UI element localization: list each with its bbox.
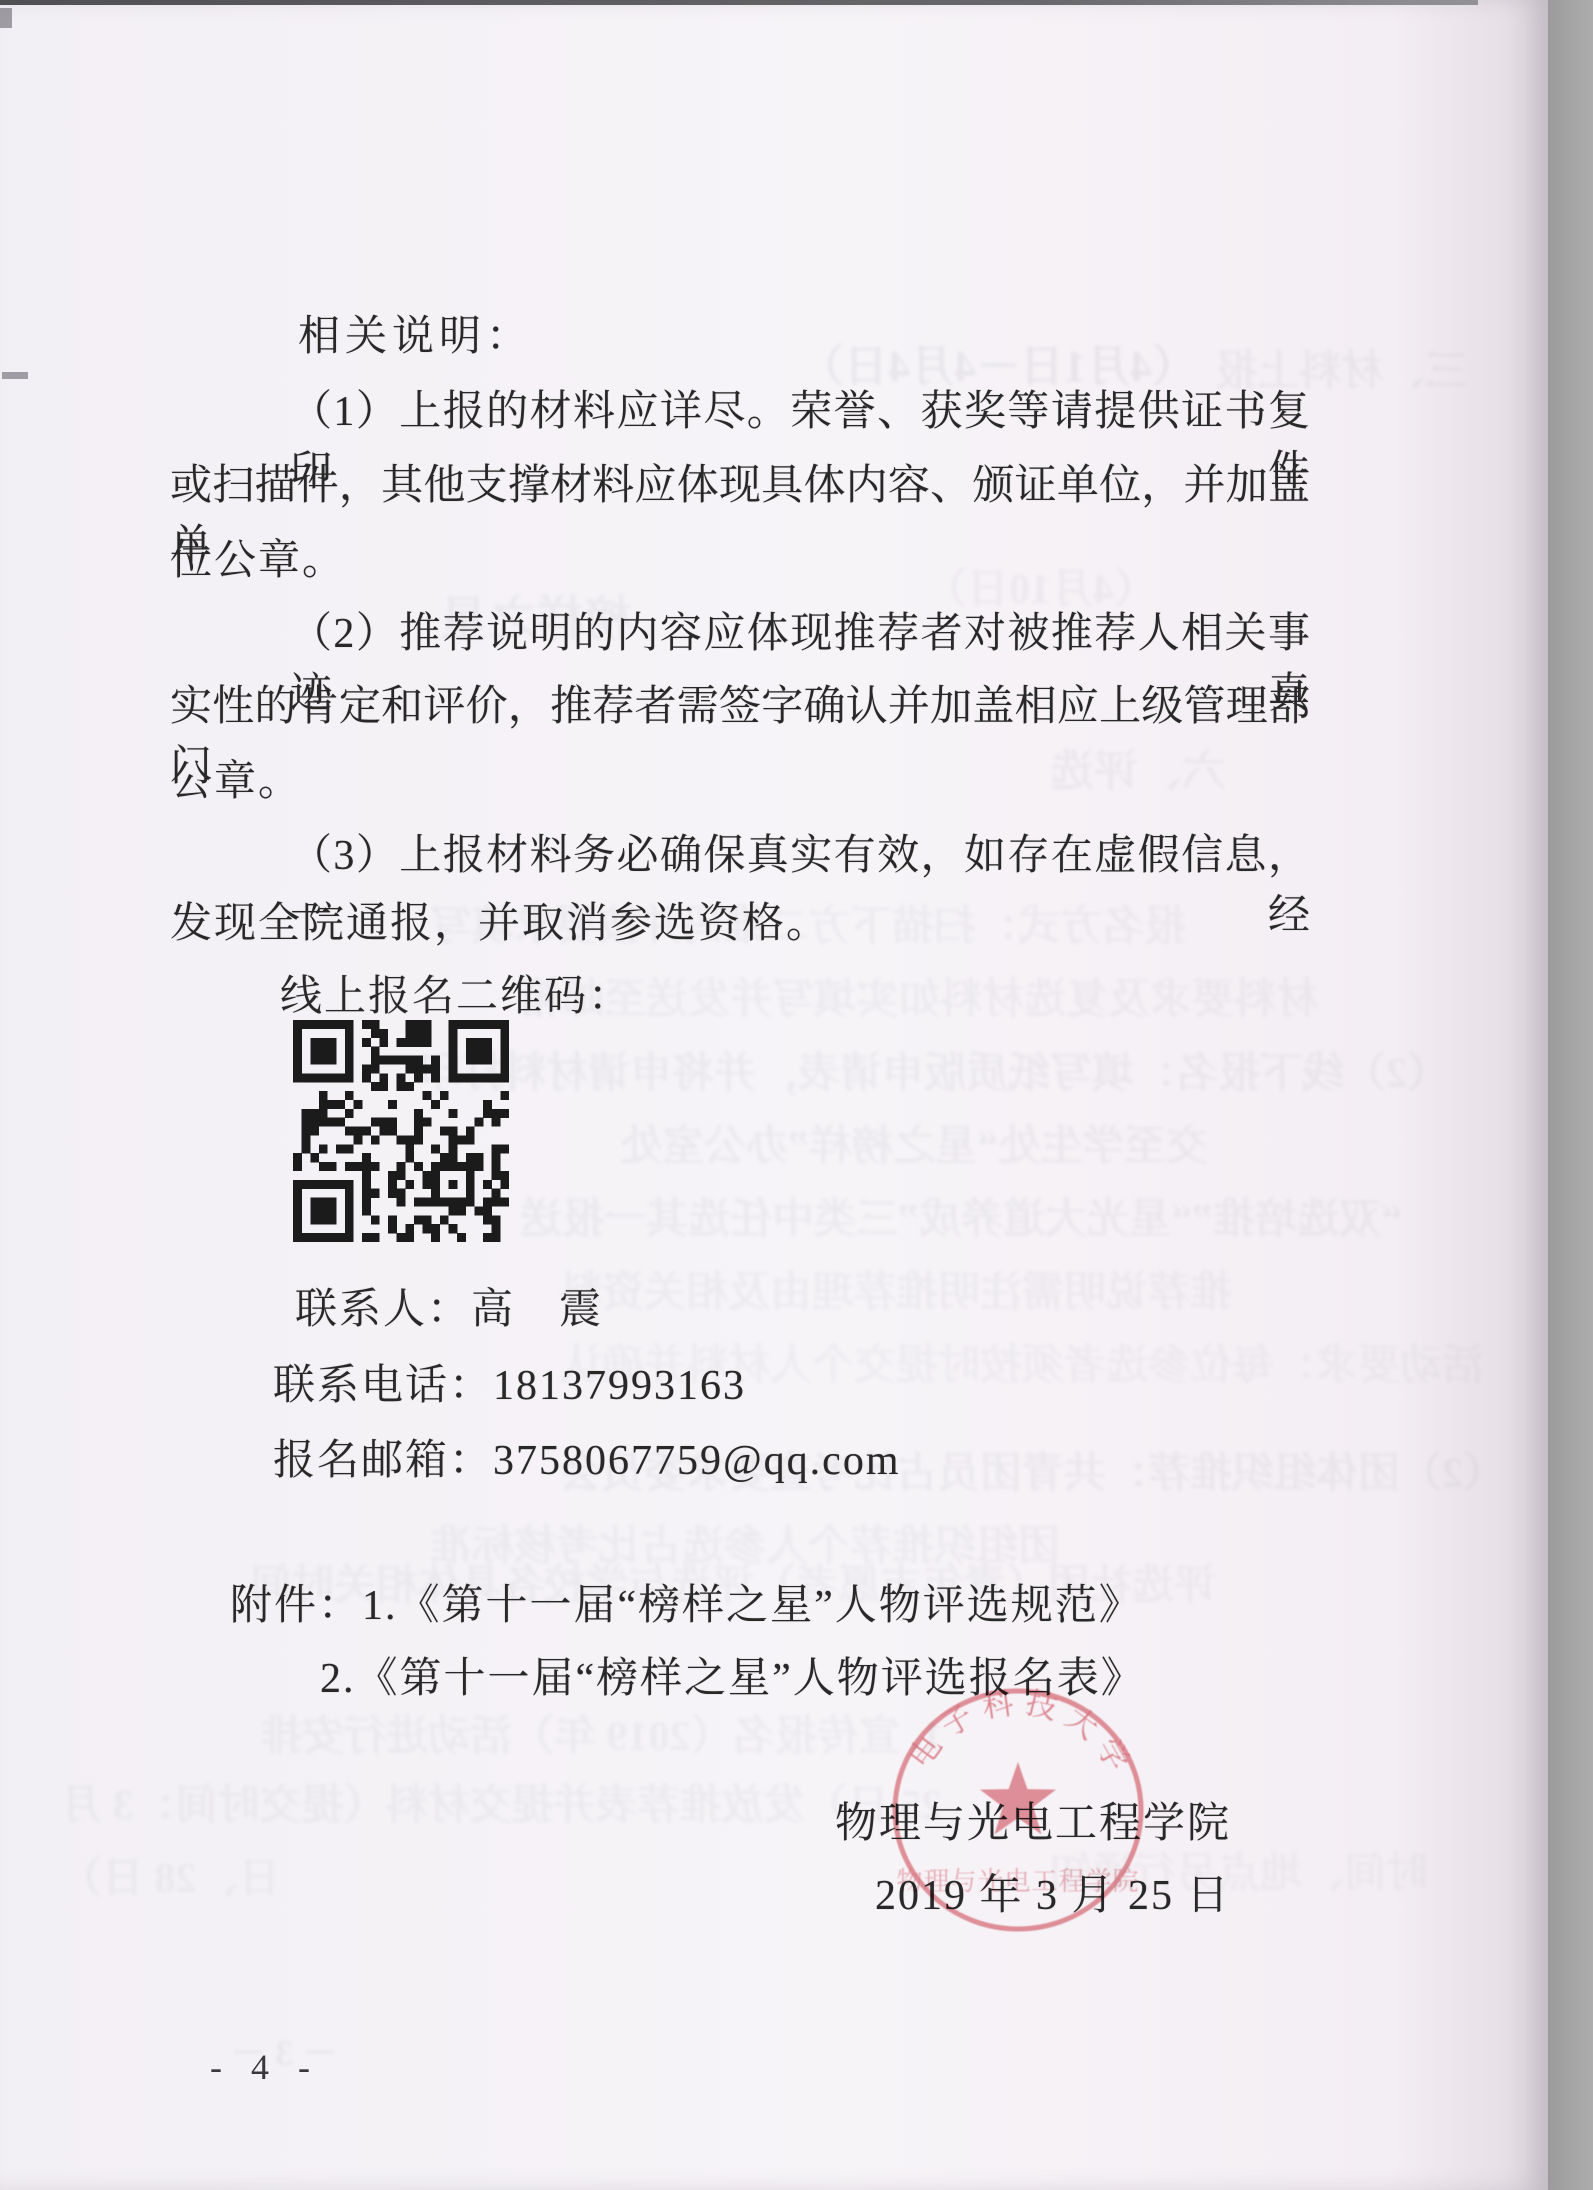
scan-edge-artifact	[0, 0, 1478, 5]
bleedthrough-text: 交至学生处“星之榜样”办公室处	[620, 1113, 1208, 1173]
scanned-page: （4月1日－4月4日）三、材料上报（4月10日）榜样之星六、评选报名方式：扫描下…	[0, 0, 1548, 2190]
bleedthrough-text: 日、28 日）	[60, 1845, 281, 1905]
bleedthrough-text: 推荐说明需注明推荐理由及相关资料	[560, 1259, 1232, 1319]
para1-line3: 位公章。	[170, 527, 346, 587]
section-heading: 相关说明：	[298, 303, 533, 363]
contact-phone: 联系电话：18137993163	[273, 1352, 746, 1412]
para2-line2: 实性的肯定和评价，推荐者需签字确认并加盖相应上级管理部门	[170, 673, 1310, 793]
official-seal: 电子科技大学 物理与光电工程学院	[886, 1684, 1150, 1940]
qr-caption: 线上报名二维码：	[280, 963, 632, 1023]
qr-code-image	[293, 1020, 509, 1242]
seal-star-icon	[980, 1762, 1056, 1834]
contact-person: 联系人：高 震	[295, 1276, 603, 1336]
para2-line3: 公章。	[170, 748, 302, 808]
qr-code	[293, 1020, 509, 1242]
scan-speck	[2, 372, 28, 379]
para3-line2: 发现全院通报，并取消参选资格。	[170, 890, 830, 950]
bleedthrough-text: （2）线下报名：填写纸质版申请表，并将申请材料打印	[420, 1040, 1449, 1100]
bleedthrough-text: 材料要求及复选材料如实填写并发送至邮箱	[520, 966, 1318, 1026]
scanned-document-screenshot: { "colors": { "paper": "#f6f3f8", "ink":…	[0, 0, 1593, 2190]
contact-email: 报名邮箱：3758067759@qq.com	[273, 1427, 901, 1487]
bleedthrough-text: 25 日）发放推荐表并提交材料（提交时间：3 月	[60, 1772, 942, 1832]
seal-arc-text: 电子科技大学	[902, 1684, 1140, 1784]
attachment-1: 附件：1.《第十一届“榜样之星”人物评选规范》	[230, 1572, 1143, 1632]
scan-speck	[0, 8, 12, 28]
scanner-background	[1548, 0, 1593, 2190]
page-number: - 4 -	[210, 2046, 320, 2088]
bleedthrough-text: “双选培推”“星光大道养成”三类中任选其一报送	[520, 1186, 1402, 1246]
bleedthrough-text: 1. 宣传报名（2019 年）活动进行安排	[260, 1703, 943, 1763]
seal-inner-text: 物理与光电工程学院	[896, 1867, 1139, 1896]
